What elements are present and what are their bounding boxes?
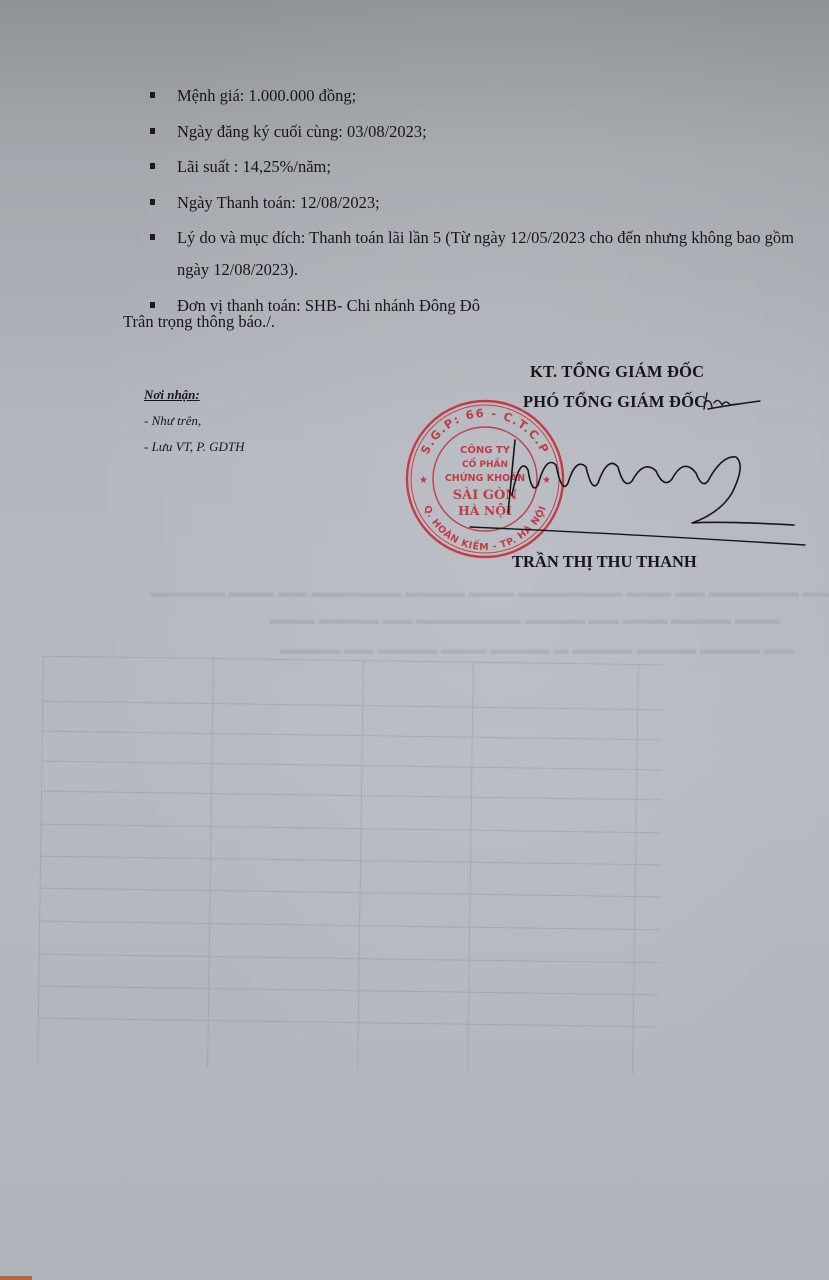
list-item: Ngày đăng ký cuối cùng: 03/08/2023; bbox=[150, 116, 810, 148]
ghost-text-line: ▬▬▬ ▬▬▬▬ ▬▬▬ ▬▬ ▬▬▬▬ ▬▬▬▬▬▬▬ ▬▬ ▬▬▬▬ ▬▬▬ bbox=[270, 612, 780, 629]
bullet-square-icon bbox=[150, 163, 155, 169]
bullet-square-icon bbox=[150, 92, 155, 98]
ghost-table bbox=[37, 656, 663, 1075]
ghost-text-line: ▬▬ ▬▬▬▬ ▬▬▬▬ ▬▬▬▬ ▬ ▬▬▬▬ ▬▬▬ ▬▬▬▬ ▬▬ ▬▬▬… bbox=[280, 642, 794, 659]
table-surface-edge bbox=[0, 1276, 32, 1280]
recipients-heading: Nơi nhận: bbox=[144, 382, 245, 408]
list-item: Lý do và mục đích: Thanh toán lãi lần 5 … bbox=[150, 222, 810, 286]
svg-text:CHỨNG KHOÁN: CHỨNG KHOÁN bbox=[445, 472, 525, 484]
svg-text:★: ★ bbox=[542, 475, 551, 486]
svg-text:CỔ PHẦN: CỔ PHẦN bbox=[462, 457, 508, 470]
list-item: Mệnh giá: 1.000.000 đồng; bbox=[150, 80, 810, 112]
svg-text:SÀI GÒN: SÀI GÒN bbox=[453, 486, 518, 503]
svg-text:HÀ NỘI: HÀ NỘI bbox=[458, 502, 512, 518]
bullet-square-icon bbox=[150, 302, 155, 308]
svg-text:CÔNG TY: CÔNG TY bbox=[460, 443, 511, 456]
bullet-square-icon bbox=[150, 234, 155, 240]
signature-title-line-1: KT. TỔNG GIÁM ĐỐC bbox=[530, 362, 704, 382]
bullet-square-icon bbox=[150, 128, 155, 134]
company-seal-stamp: S.G.P: 66 - C.T.C.P Q. HOÀN KIẾM - TP. H… bbox=[403, 397, 567, 561]
bond-details-list: Mệnh giá: 1.000.000 đồng; Ngày đăng ký c… bbox=[150, 80, 810, 326]
svg-text:★: ★ bbox=[419, 475, 428, 486]
bullet-square-icon bbox=[150, 199, 155, 205]
signer-name: TRẦN THỊ THU THANH bbox=[512, 552, 697, 572]
list-item: Ngày Thanh toán: 12/08/2023; bbox=[150, 187, 810, 219]
recipient-item: - Như trên, bbox=[144, 408, 245, 434]
closing-line: Trân trọng thông báo./. bbox=[123, 312, 275, 332]
ghost-text-line: ▬▬▬ ▬▬▬▬▬▬ ▬▬ ▬▬▬ ▬▬▬▬▬▬▬ ▬▬▬ ▬▬▬▬ ▬▬▬▬▬… bbox=[150, 585, 829, 602]
recipients-block: Nơi nhận: - Như trên, - Lưu VT, P. GDTH bbox=[144, 382, 245, 460]
list-item: Lãi suất : 14,25%/năm; bbox=[150, 151, 810, 183]
recipient-item: - Lưu VT, P. GDTH bbox=[144, 434, 245, 460]
